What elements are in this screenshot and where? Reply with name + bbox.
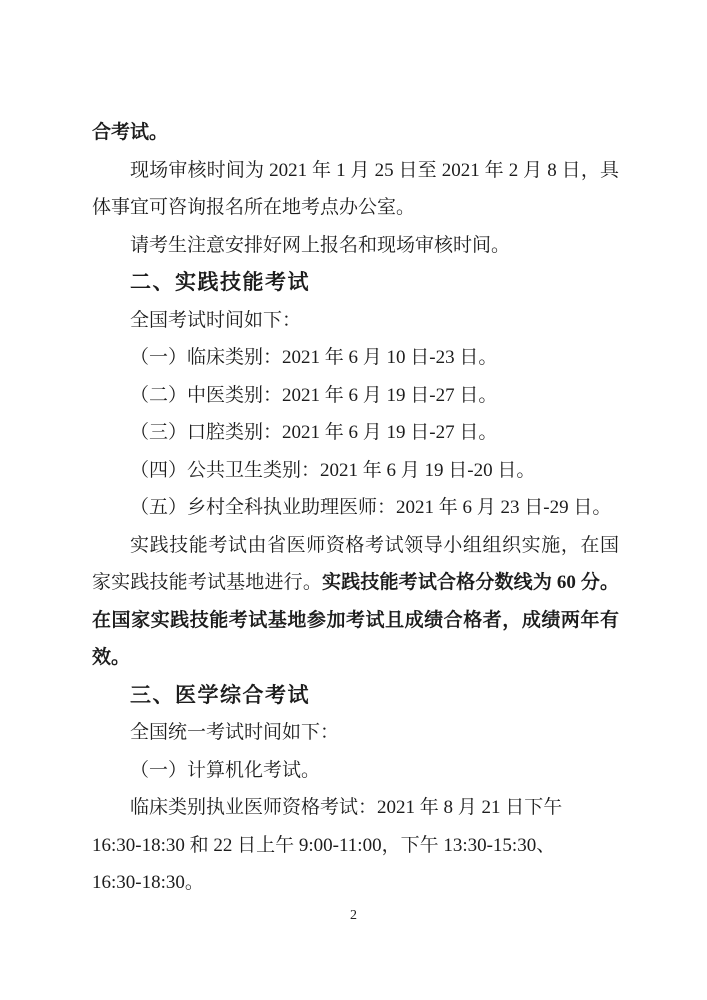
section-heading-medical-comprehensive-exam: 三、医学综合考试	[92, 677, 619, 715]
text-line-clinical-exam-time-2: 16:30-18:30 和 22 日上午 9:00-11:00，下午 13:30…	[92, 827, 619, 865]
list-item-rural-assistant: （五）乡村全科执业助理医师：2021 年 6 月 23 日-29 日。	[92, 489, 619, 527]
text-line-onsite-review-1: 现场审核时间为 2021 年 1 月 25 日至 2021 年 2 月 8 日，…	[92, 152, 619, 190]
text-line-clinical-exam-time-3: 16:30-18:30。	[92, 864, 619, 902]
text-line-unified-exam-time: 全国统一考试时间如下：	[92, 714, 619, 752]
text-line-reminder: 请考生注意安排好网上报名和现场审核时间。	[92, 227, 619, 265]
list-item-clinical: （一）临床类别：2021 年 6 月 10 日-23 日。	[92, 339, 619, 377]
list-item-computer-based-exam: （一）计算机化考试。	[92, 752, 619, 790]
document-text-block: 合考试。 现场审核时间为 2021 年 1 月 25 日至 2021 年 2 月…	[92, 114, 619, 902]
text-line-skills-exam-org-2: 家实践技能考试基地进行。实践技能考试合格分数线为 60 分。	[92, 564, 619, 602]
text-line-clinical-exam-time-1: 临床类别执业医师资格考试：2021 年 8 月 21 日下午	[92, 789, 619, 827]
text-segment-normal: 家实践技能考试基地进行。	[92, 572, 322, 593]
text-line-score-validity-1: 在国家实践技能考试基地参加考试且成绩合格者，成绩两年有	[92, 602, 619, 640]
page-number: 2	[0, 906, 707, 926]
text-line-skills-exam-org-1: 实践技能考试由省医师资格考试领导小组组织实施，在国	[92, 527, 619, 565]
document-page: 合考试。 现场审核时间为 2021 年 1 月 25 日至 2021 年 2 月…	[0, 0, 707, 1000]
text-segment-bold-passing-score: 实践技能考试合格分数线为 60 分。	[322, 572, 619, 593]
section-heading-practical-skills-exam: 二、实践技能考试	[92, 264, 619, 302]
text-line-heading-continuation: 合考试。	[92, 114, 619, 152]
list-item-stomatology: （三）口腔类别：2021 年 6 月 19 日-27 日。	[92, 414, 619, 452]
list-item-tcm: （二）中医类别：2021 年 6 月 19 日-27 日。	[92, 377, 619, 415]
text-line-onsite-review-2: 体事宜可咨询报名所在地考点办公室。	[92, 189, 619, 227]
text-line-national-exam-time: 全国考试时间如下：	[92, 302, 619, 340]
list-item-public-health: （四）公共卫生类别：2021 年 6 月 19 日-20 日。	[92, 452, 619, 490]
text-line-score-validity-2: 效。	[92, 639, 619, 677]
